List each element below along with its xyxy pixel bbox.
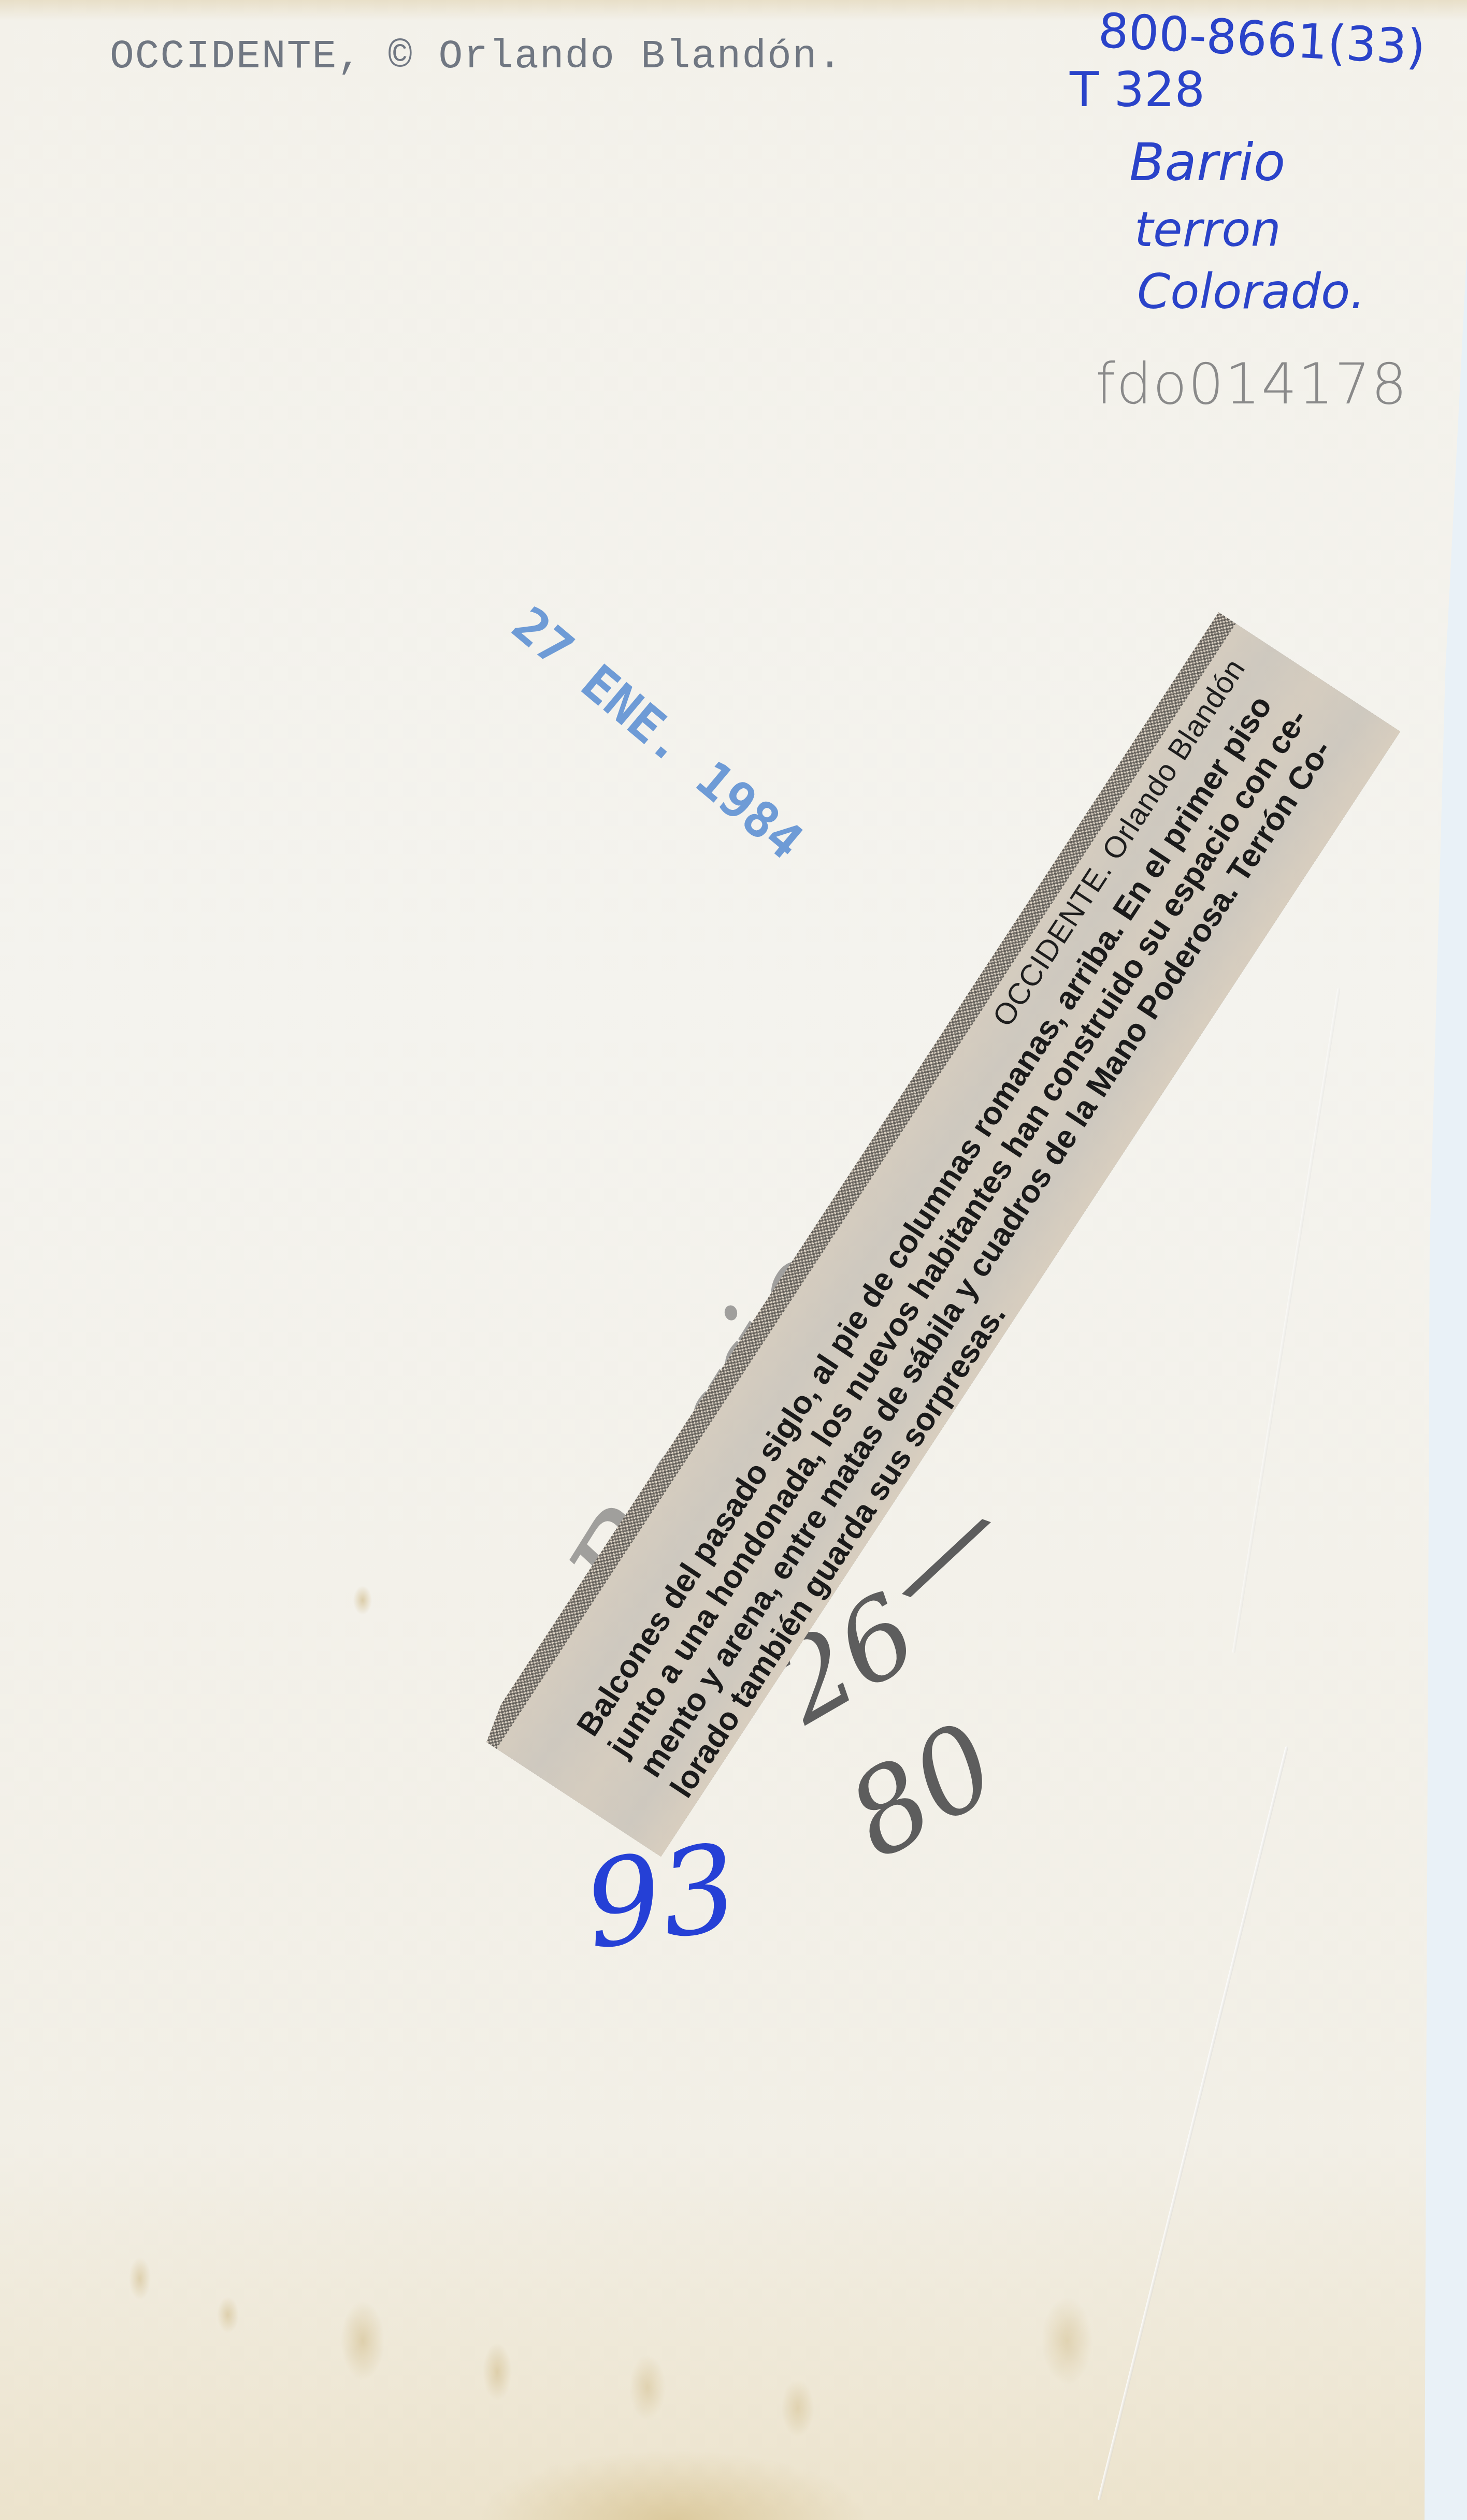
catalog-id: fdo014178: [1096, 352, 1408, 417]
place-line: terron: [1134, 202, 1281, 257]
place-line: Colorado.: [1137, 264, 1365, 320]
paper-crease: [1098, 1746, 1289, 2501]
typed-photo-credit: OCCIDENTE, © Orlando Blandón.: [110, 34, 843, 80]
place-line: Barrio: [1129, 132, 1285, 193]
blue-ink-mark: 93: [577, 1818, 746, 1976]
paper-crease: [1232, 988, 1340, 1654]
tray-number: T 328: [1070, 62, 1205, 118]
